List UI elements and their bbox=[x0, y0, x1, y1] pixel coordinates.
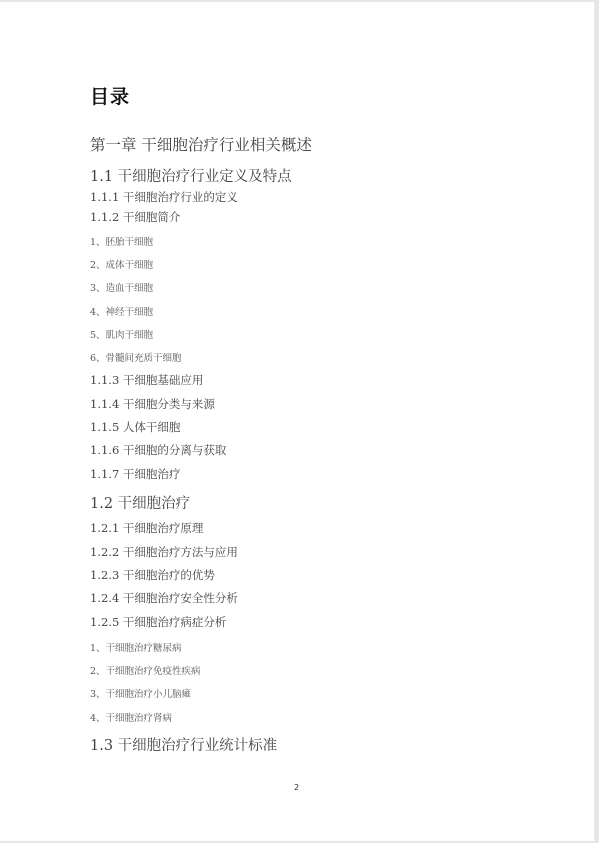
toc-entry[interactable]: 1.1.7 干细胞治疗 bbox=[90, 466, 180, 482]
toc-entry[interactable]: 1.2.1 干细胞治疗原理 bbox=[90, 520, 203, 536]
toc-title: 目录 bbox=[90, 82, 130, 109]
toc-entry[interactable]: 3、造血干细胞 bbox=[90, 280, 153, 294]
toc-entry[interactable]: 1、干细胞治疗糖尿病 bbox=[90, 640, 182, 654]
toc-entry[interactable]: 2、干细胞治疗免疫性疾病 bbox=[90, 663, 201, 677]
toc-entry[interactable]: 6、骨髓间充质干细胞 bbox=[90, 350, 182, 364]
toc-entry[interactable]: 4、干细胞治疗肾病 bbox=[90, 710, 172, 724]
toc-entry[interactable]: 1.2.2 干细胞治疗方法与应用 bbox=[90, 544, 238, 560]
toc-entry[interactable]: 1.1.6 干细胞的分离与获取 bbox=[90, 442, 226, 458]
toc-entry[interactable]: 5、肌肉干细胞 bbox=[90, 327, 153, 341]
toc-entry[interactable]: 1.1.3 干细胞基础应用 bbox=[90, 372, 203, 388]
toc-entry[interactable]: 2、成体干细胞 bbox=[90, 257, 153, 271]
toc-entry[interactable]: 1.1.2 干细胞简介 bbox=[90, 209, 180, 225]
toc-entry[interactable]: 1.1.5 人体干细胞 bbox=[90, 419, 180, 435]
toc-entry[interactable]: 1.3 干细胞治疗行业统计标准 bbox=[90, 734, 277, 755]
toc-entry[interactable]: 1.1.4 干细胞分类与来源 bbox=[90, 396, 215, 412]
toc-entry[interactable]: 1、胚胎干细胞 bbox=[90, 234, 153, 248]
toc-entry[interactable]: 1.1 干细胞治疗行业定义及特点 bbox=[90, 165, 292, 186]
toc-entry[interactable]: 4、神经干细胞 bbox=[90, 304, 153, 318]
toc-entry[interactable]: 1.2.4 干细胞治疗安全性分析 bbox=[90, 590, 238, 606]
toc-entry[interactable]: 1.2 干细胞治疗 bbox=[90, 492, 190, 513]
page-number: 2 bbox=[294, 783, 299, 792]
toc-entry[interactable]: 1.2.5 干细胞治疗病症分析 bbox=[90, 614, 226, 630]
toc-entry[interactable]: 1.2.3 干细胞治疗的优势 bbox=[90, 567, 215, 583]
toc-entry[interactable]: 3、干细胞治疗小儿脑瘫 bbox=[90, 686, 191, 700]
document-page: 目录 第一章 干细胞治疗行业相关概述1.1 干细胞治疗行业定义及特点1.1.1 … bbox=[0, 2, 594, 841]
toc-entry[interactable]: 1.1.1 干细胞治疗行业的定义 bbox=[90, 189, 238, 205]
toc-entry[interactable]: 第一章 干细胞治疗行业相关概述 bbox=[90, 133, 312, 155]
